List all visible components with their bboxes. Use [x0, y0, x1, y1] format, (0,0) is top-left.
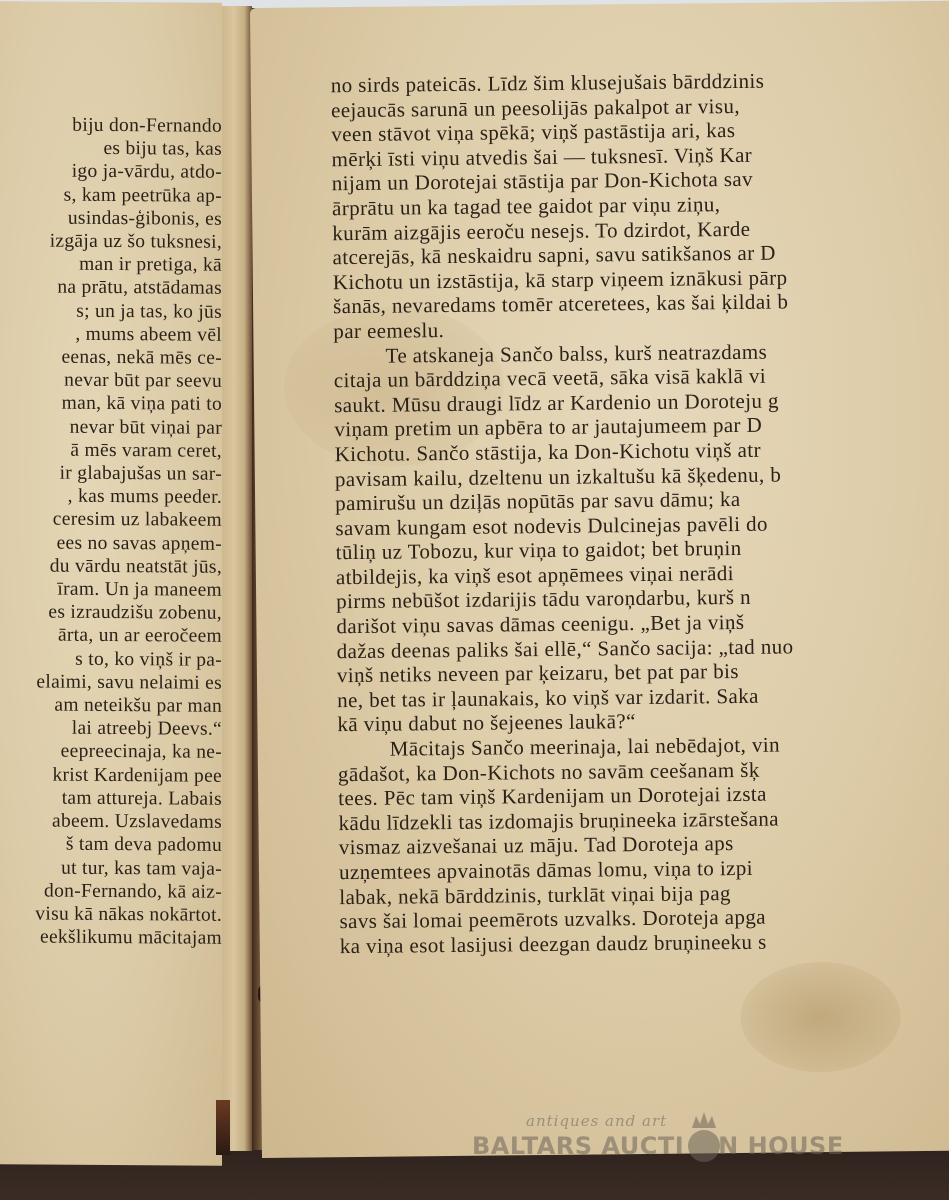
text-line: ceresim uz labakeem: [0, 508, 222, 533]
text-line: eekšlikumu mācitajam: [0, 925, 222, 950]
text-line: elaimi, savu nelaimi es: [0, 670, 222, 695]
text-line: , kas mums peeder.: [0, 484, 222, 509]
text-line: ut tur, kas tam vaja-: [0, 856, 222, 881]
text-line: ārta, un ar eeročeem: [0, 624, 222, 649]
text-line: eenas, nekā mēs ce-: [0, 345, 222, 370]
text-line: es biju tas, kas: [0, 136, 222, 161]
text-line: s, kam peetrūka ap-: [0, 183, 222, 208]
right-page: no sirds pateicās. Līdz šim klusejušais …: [250, 1, 949, 1158]
text-line: nevar būt viņai par: [0, 415, 222, 440]
text-line: tam attureja. Labais: [0, 786, 222, 811]
text-line: lai atreebj Deevs.“: [0, 716, 222, 741]
text-line: du vārdu neatstāt jūs,: [0, 554, 222, 579]
text-line: igo ja-vārdu, atdo-: [0, 160, 222, 185]
text-line: eepreecinaja, ka ne-: [0, 740, 222, 765]
text-line: š tam deva padomu: [0, 833, 222, 858]
right-page-text: no sirds pateicās. Līdz šim klusejušais …: [331, 67, 949, 959]
text-line: īram. Un ja maneem: [0, 577, 222, 602]
text-line: , mums abeem vēl: [0, 322, 222, 347]
text-line: abeem. Uzslavedams: [0, 809, 222, 834]
text-line: na prātu, atstādamas: [0, 276, 222, 301]
text-line: man ir pretiga, kā: [0, 252, 222, 277]
text-line: krist Kardenijam pee: [0, 763, 222, 788]
left-page-edge-tear: [216, 1100, 230, 1155]
text-line: usindas-ģibonis, es: [0, 206, 222, 231]
text-line: visu kā nākas nokārtot.: [0, 902, 222, 927]
text-line: ees no savas apņem-: [0, 531, 222, 556]
text-line: nevar būt par seevu: [0, 368, 222, 393]
text-line: s; un ja tas, ko jūs: [0, 299, 222, 324]
text-line: izgāja uz šo tuksnesi,: [0, 229, 222, 254]
left-page-text: biju don-Fernandoes biju tas, kasigo ja-…: [0, 113, 222, 950]
text-line: ā mēs varam ceret,: [0, 438, 222, 463]
left-page: biju don-Fernandoes biju tas, kasigo ja-…: [0, 1, 222, 1166]
paper-stain: [740, 961, 901, 1073]
text-line: ir glabajušas un sar-: [0, 461, 222, 486]
text-line: man, kā viņa pati to: [0, 392, 222, 417]
text-line: biju don-Fernando: [0, 113, 222, 138]
left-page-edge: [222, 6, 252, 1151]
text-line: s to, ko viņš ir pa-: [0, 647, 222, 672]
text-line: es izraudzišu zobenu,: [0, 600, 222, 625]
text-line: don-Fernando, kā aiz-: [0, 879, 222, 904]
text-line: am neteikšu par man: [0, 693, 222, 718]
